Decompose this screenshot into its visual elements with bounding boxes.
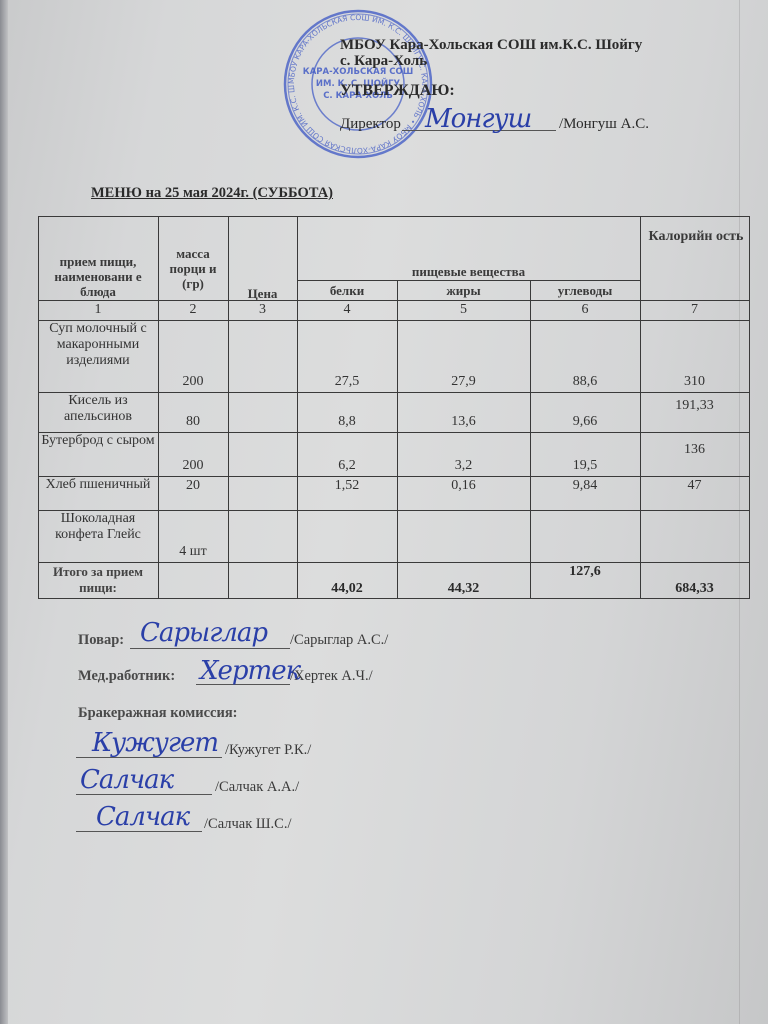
dish-name: Суп молочный с макаронными изделиями [40,321,156,369]
dish-name: Хлеб пшеничный [40,477,156,493]
table-cell-protein: 1,52 [297,478,397,494]
table-gridline [38,432,749,433]
table-gridline [749,216,750,598]
dish-name: Шоколадная конфета Глейс [40,511,156,543]
column-number: 1 [38,302,158,318]
table-gridline [530,280,531,598]
table-gridline [38,216,749,217]
column-number: 2 [158,302,228,318]
approve-heading: УТВЕРЖДАЮ: [340,82,455,100]
total-fat: 44,32 [397,581,530,597]
column-number: 5 [397,302,530,318]
director-signature: Монгуш [425,104,531,134]
column-number: 6 [530,302,640,318]
commission-signature-3: Салчак [96,802,189,832]
commission-name-3: /Салчак Ш.С./ [204,816,291,833]
medic-name: /Хертек А.Ч./ [290,668,373,685]
table-gridline [228,216,229,598]
table-cell-mass: 20 [158,478,228,494]
table-gridline [38,562,749,563]
table-gridline [38,216,39,598]
cook-signature-line [130,648,290,649]
table-cell-protein: 8,8 [297,414,397,430]
table-cell-carbs: 19,5 [530,458,640,474]
header-dish: прием пищи, наименовани е блюда [38,254,158,299]
table-gridline [38,320,749,321]
table-cell-protein: 27,5 [297,374,397,390]
table-cell-mass: 200 [158,374,228,390]
table-gridline [38,300,749,301]
header-mass: масса порци и (гр) [158,246,228,291]
commission-signature-2: Салчак [80,765,173,795]
header-calories: Калорийн ость [648,229,744,244]
table-cell-carbs: 88,6 [530,374,640,390]
medic-signature: Хертек [200,656,300,686]
header-protein: белки [297,283,397,298]
menu-title: МЕНЮ на 25 мая 2024г. (СУББОТА) [91,185,333,202]
column-number: 3 [228,302,297,318]
cook-name: /Сарыглар А.С./ [290,632,388,649]
table-gridline [297,216,298,598]
dish-name: Бутерброд с сыром [40,433,156,449]
header-nutrients: пищевые вещества [297,264,640,279]
table-gridline [38,510,749,511]
director-label: Директор [340,116,401,133]
table-gridline [297,280,640,281]
column-number: 7 [640,302,749,318]
table-cell-calories: 136 [640,442,749,458]
table-cell-calories: 310 [640,374,749,390]
table-cell-fat: 27,9 [397,374,530,390]
table-cell-mass: 80 [158,414,228,430]
commission-name-2: /Салчак А.А./ [215,779,299,796]
total-protein: 44,02 [297,581,397,597]
table-cell-carbs: 9,84 [530,478,640,494]
header-carbs: углеводы [530,283,640,298]
table-gridline [158,216,159,598]
total-carbs: 127,6 [530,564,640,580]
table-cell-calories: 47 [640,478,749,494]
commission-signature-1: Кужугет [92,728,218,758]
table-cell-calories: 191,33 [640,398,749,414]
table-gridline [640,216,641,598]
menu-table: прием пищи, наименовани е блюда масса по… [38,216,749,598]
medic-label: Мед.работник: [78,668,175,685]
total-label: Итого за прием пищи: [42,564,154,596]
director-name: /Монгуш А.С. [559,116,649,133]
table-gridline [38,392,749,393]
total-calories: 684,33 [640,581,749,597]
commission-name-1: /Кужугет Р.К./ [225,742,311,759]
organization-name: МБОУ Кара-Хольская СОШ им.К.С. Шойгу [340,37,642,54]
table-cell-mass: 4 шт [158,544,228,560]
table-cell-protein: 6,2 [297,458,397,474]
dish-name: Кисель из апельсинов [40,393,156,425]
table-cell-mass: 200 [158,458,228,474]
header-price: Цена [228,286,297,301]
table-gridline [397,280,398,598]
table-cell-carbs: 9,66 [530,414,640,430]
village-name: с. Кара-Холь [340,53,427,70]
table-cell-fat: 13,6 [397,414,530,430]
table-cell-fat: 3,2 [397,458,530,474]
page-edge-shadow [0,0,8,1024]
cook-signature: Сарыглар [140,618,267,648]
column-number: 4 [297,302,397,318]
cook-label: Повар: [78,632,124,649]
table-gridline [38,476,749,477]
table-cell-fat: 0,16 [397,478,530,494]
commission-label: Бракеражная комиссия: [78,705,238,722]
header-fat: жиры [397,283,530,298]
table-gridline [38,598,750,599]
